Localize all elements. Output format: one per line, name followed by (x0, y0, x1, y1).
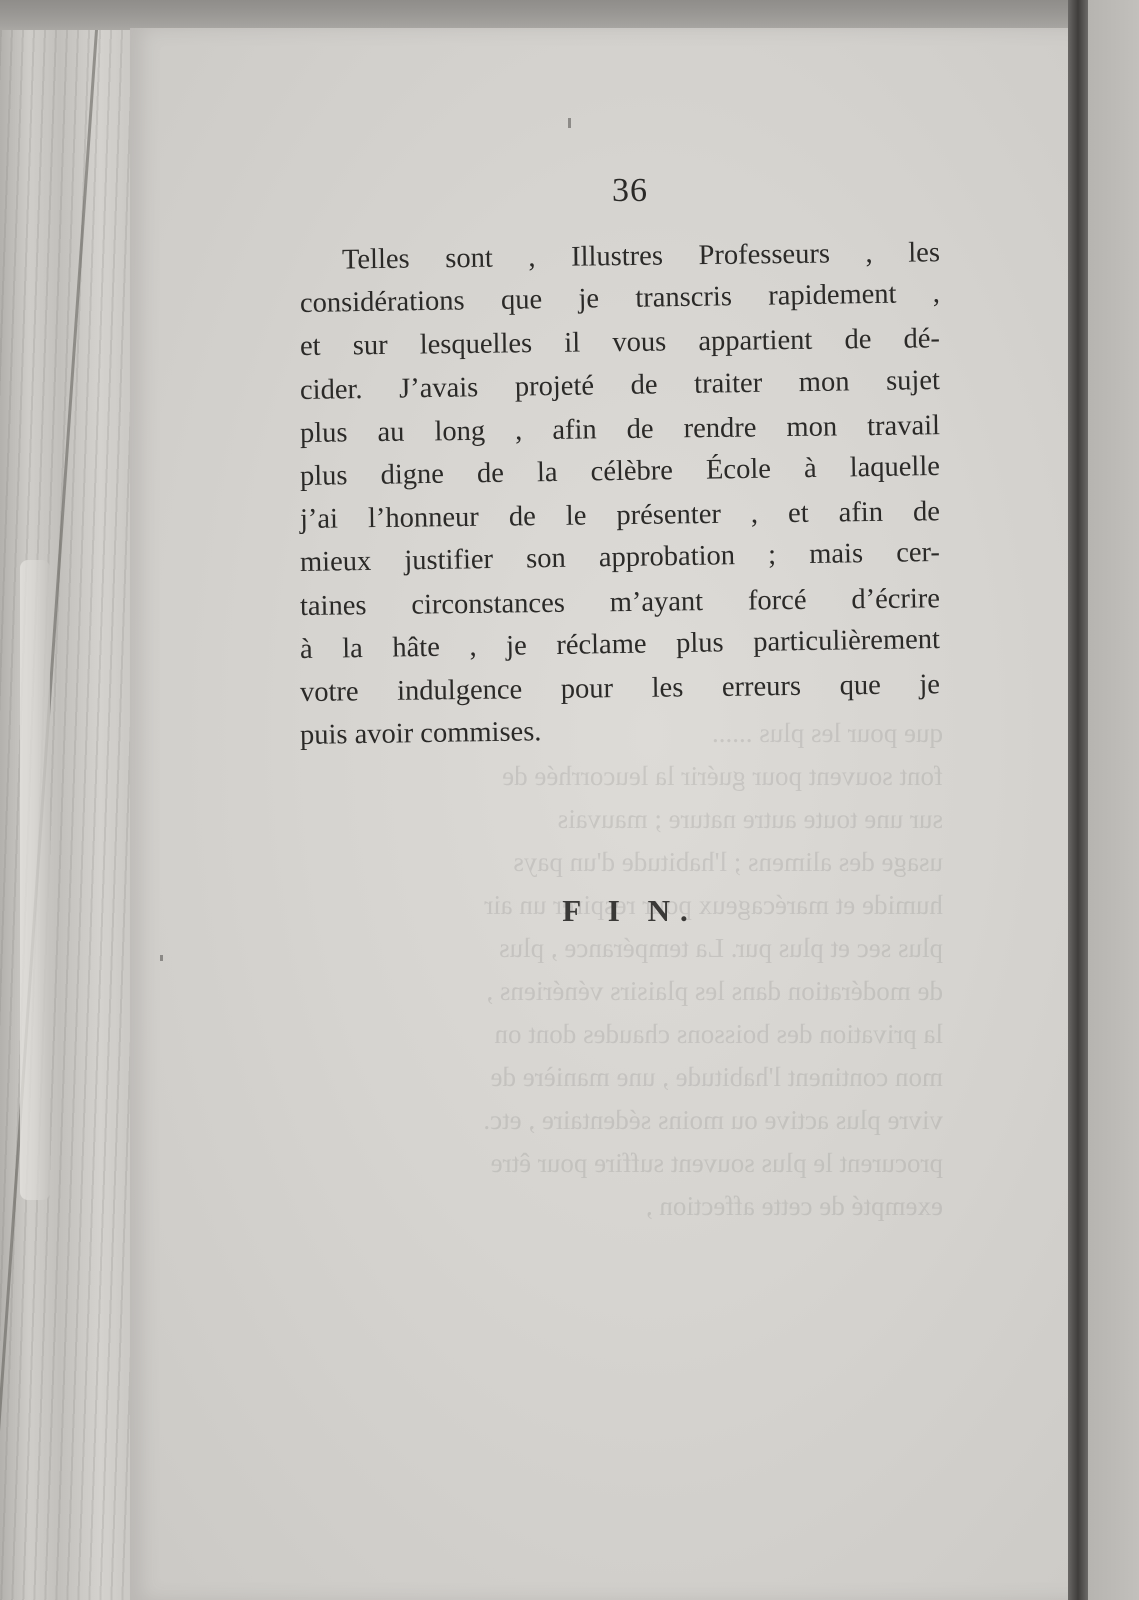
paragraph-line: mieux justifier son approbation ; mais c… (300, 531, 941, 584)
paper-speck (160, 955, 163, 961)
bleed-through-text: que pour les plus ...... font souvent po… (318, 712, 943, 1228)
paragraph-line: cider. J’avais projeté de traiter mon su… (300, 359, 941, 412)
closing-paragraph: Telles sont , Illustres Professeurs , le… (300, 239, 940, 757)
right-page-gutter (1068, 0, 1088, 1600)
fin-closing-mark: F I N. (300, 893, 950, 929)
torn-paper-strip (20, 560, 50, 1200)
right-page-edge (1088, 0, 1139, 1600)
paragraph-line: à la hâte , je réclame plus particulière… (300, 618, 941, 671)
paragraph-line: puis avoir commises. (300, 704, 941, 757)
page-number: 36 (300, 165, 940, 225)
paragraph-line: plus digne de la célèbre École à laquell… (300, 445, 941, 498)
paper-speck (568, 118, 571, 128)
printed-text-block: 36 Telles sont , Illustres Professeurs ,… (300, 165, 940, 757)
